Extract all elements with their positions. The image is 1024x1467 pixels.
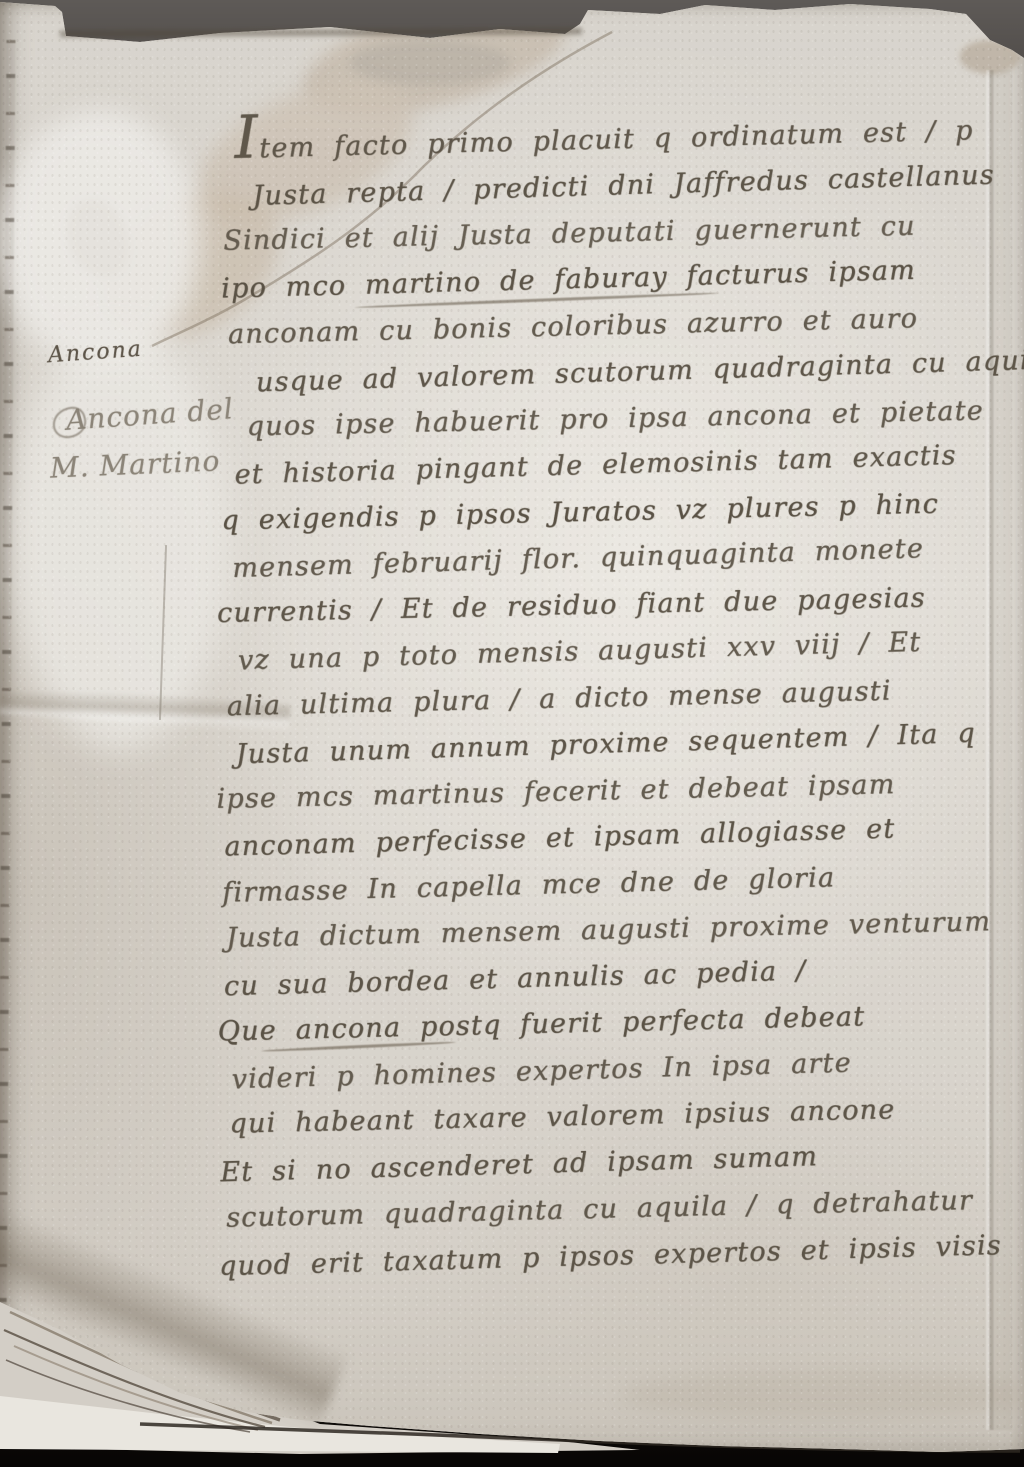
manuscript-line: vz una p toto mensis augusti xxv viij / … xyxy=(238,627,922,677)
manuscript-line: quod erit taxatum p ipsos expertos et ip… xyxy=(219,1230,1003,1283)
manuscript-line: Item facto primo placuit q ordinatum est… xyxy=(234,115,974,166)
manuscript-line: q exigendis p ipsos Juratos vz plures p … xyxy=(221,489,939,538)
margin-note-pencil-line2: M. Martino xyxy=(49,444,221,484)
handwriting-layer: Item facto primo placuit q ordinatum est… xyxy=(0,0,1024,1467)
manuscript-line: ipse mcs martinus fecerit et debeat ipsa… xyxy=(216,769,896,816)
manuscript-line: firmasse In capella mce dne de gloria xyxy=(222,862,836,910)
manuscript-line: et historia pingant de elemosinis tam ex… xyxy=(234,440,957,492)
manuscript-line: currentis / Et de residuo fiant due page… xyxy=(217,582,926,629)
manuscript-line: Et si no ascenderet ad ipsam sumam xyxy=(220,1141,818,1189)
manuscript-line: usque ad valorem scutorum quadraginta cu… xyxy=(255,343,1024,399)
manuscript-line: Justa repta / predicti dni Jaffredus cas… xyxy=(252,159,995,212)
manuscript-line: qui habeant taxare valorem ipsius ancone xyxy=(229,1094,896,1141)
manuscript-line: Justa dictum mensem augusti proxime vent… xyxy=(226,906,992,955)
scanned-manuscript-page: Item facto primo placuit q ordinatum est… xyxy=(0,0,1024,1467)
manuscript-line: Justa unum annum proxime sequentem / Ita… xyxy=(235,718,976,771)
manuscript-line: videri p homines expertos In ipsa arte xyxy=(231,1047,852,1096)
manuscript-line: mensem februarij flor. quinquaginta mone… xyxy=(232,533,925,585)
margin-note-ink: Ancona xyxy=(47,337,143,369)
manuscript-line: scutorum quadraginta cu aquila / q detra… xyxy=(226,1185,974,1235)
text-block: Item facto primo placuit q ordinatum est… xyxy=(195,45,1024,1290)
manuscript-line: Que ancona postq fuerit perfecta debeat xyxy=(217,1001,865,1048)
manuscript-line: cu sua bordea et annulis ac pedia / xyxy=(224,955,807,1003)
manuscript-line: alia ultima plura / a dicto mense august… xyxy=(226,676,891,724)
manuscript-line: Sindici et alij Justa deputati guernerun… xyxy=(223,211,916,258)
manuscript-line: anconam cu bonis coloribus azurro et aur… xyxy=(228,303,919,351)
paper-scratch-mark xyxy=(159,545,167,720)
manuscript-line: anconam perfecisse et ipsam allogiasse e… xyxy=(224,813,896,863)
manuscript-line: quos ipse habuerit pro ipsa ancona et pi… xyxy=(246,395,984,443)
